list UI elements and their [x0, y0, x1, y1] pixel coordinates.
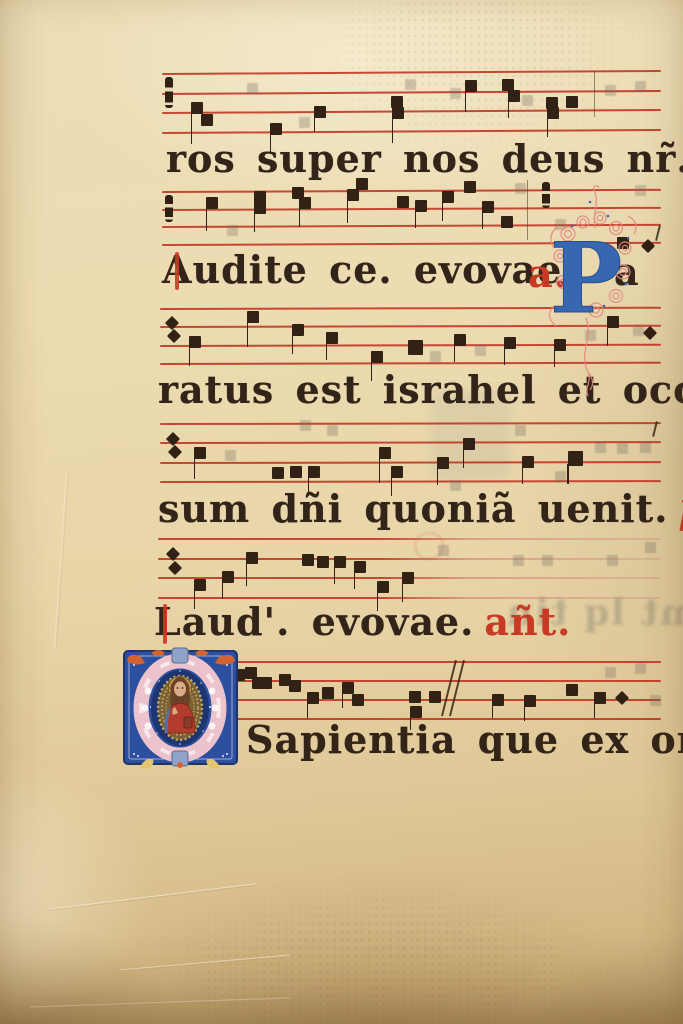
- show-through-neume: [225, 450, 236, 461]
- initial-letter-P: P: [550, 222, 622, 335]
- neume-square: [354, 561, 366, 573]
- neume-square: [222, 571, 234, 583]
- ruling-hairline: [527, 180, 528, 240]
- chant-text-line-5: Laud'. evovae.añt.: [154, 596, 571, 648]
- neume-square: [566, 96, 578, 108]
- neume-square: [189, 336, 201, 348]
- show-through-neume: [640, 442, 651, 453]
- neume-square: [482, 201, 494, 213]
- neume-square: [201, 114, 213, 126]
- neume-square: [568, 451, 583, 466]
- neume-tail: [442, 201, 444, 221]
- show-through-neume: [475, 345, 486, 356]
- show-through-neume: [605, 667, 616, 678]
- illuminated-initial-P: P: [538, 186, 646, 398]
- show-through-neume: [645, 542, 656, 553]
- neume-square: [437, 457, 449, 469]
- top-clasp: [172, 648, 188, 663]
- neume-square: [402, 572, 414, 584]
- staff-6-line: [233, 661, 661, 663]
- neume-square: [391, 466, 403, 478]
- neume-tail: [292, 334, 294, 354]
- neume-square: [371, 351, 383, 363]
- parchment-crease: [120, 955, 290, 972]
- neume-square: [442, 191, 454, 203]
- face: [174, 682, 186, 697]
- rubric-psalm-mark: ps.: [678, 483, 683, 532]
- neume-tail: [194, 457, 196, 479]
- neume-square: [334, 556, 346, 568]
- f-clef-diamond: [168, 445, 182, 459]
- f-clef-diamond: [167, 329, 181, 343]
- c-clef: [165, 77, 173, 108]
- neume-tail: [415, 210, 417, 228]
- show-through-neume: [635, 81, 646, 92]
- neume-square: [307, 692, 319, 704]
- staff-1-line: [162, 70, 661, 75]
- show-through-neume: [650, 695, 661, 706]
- ruling-hairline: [594, 71, 595, 117]
- neume-square: [314, 106, 326, 118]
- neume-tail: [326, 342, 328, 360]
- neume-tail: [189, 346, 191, 366]
- neume-tail: [508, 100, 510, 118]
- parchment-follicle-texture-bottom: [170, 880, 640, 1024]
- staff-4-line: [160, 461, 661, 464]
- neume-tail: [463, 448, 465, 468]
- neume-tail: [379, 457, 381, 483]
- show-through-neume: [327, 425, 338, 436]
- neume-square: [504, 337, 516, 349]
- neume-square: [317, 556, 329, 568]
- neume-square: [290, 466, 302, 478]
- neume-square: [272, 467, 284, 479]
- neume-square: [594, 692, 606, 704]
- neume-square: [206, 197, 218, 209]
- neume-tail: [254, 212, 256, 232]
- neume-tail: [465, 90, 467, 112]
- pen-slash: [449, 660, 465, 717]
- neume-square: [415, 200, 427, 212]
- neume-square: [392, 107, 404, 119]
- pen-slash: [441, 660, 457, 717]
- show-through-neume: [438, 545, 449, 556]
- show-through-neume: [450, 88, 461, 99]
- neume-square: [352, 694, 364, 706]
- lyric-text: sum dñi quoniã uenit.: [158, 486, 668, 531]
- neume-square: [522, 456, 534, 468]
- neume-tail: [206, 207, 208, 231]
- chant-text-line-4: sum dñi quoniã uenit.ps.: [158, 482, 683, 535]
- neume-square: [454, 334, 466, 346]
- neume-tail: [567, 464, 569, 484]
- neume-tail: [334, 566, 336, 584]
- neume-tail: [347, 199, 349, 223]
- show-through-neume: [595, 442, 606, 453]
- neume-square: [194, 579, 206, 591]
- neume-square: [342, 682, 354, 694]
- neume-square: [292, 324, 304, 336]
- parchment-crease: [30, 997, 290, 1008]
- neume-square: [397, 196, 409, 208]
- staff-5-line: [158, 538, 661, 540]
- neume-tail: [314, 116, 316, 132]
- c-clef: [165, 195, 173, 222]
- neume-tail: [246, 562, 248, 586]
- lyric-text: Sapientia que ex ore: [246, 717, 683, 762]
- lyric-text: Laud'. evovae.: [154, 599, 474, 644]
- parchment-crease: [49, 883, 258, 911]
- pen-slash: [655, 225, 660, 241]
- lyric-text: Audite ce. evovae.: [162, 247, 577, 292]
- neume-square: [326, 332, 338, 344]
- neume-square: [302, 554, 314, 566]
- show-through-neume: [300, 420, 311, 431]
- neume-square: [260, 677, 272, 689]
- neume-square: [492, 694, 504, 706]
- staff-4-line: [160, 442, 661, 445]
- show-through-neume: [542, 555, 553, 566]
- neume-square: [566, 684, 578, 696]
- show-through-neume: [522, 95, 533, 106]
- red-stripe-on-A: [175, 252, 179, 290]
- manuscript-page: mt lq tin ros super nos deus nr̃.ps. Aud…: [0, 0, 683, 1024]
- show-through-neume: [430, 351, 441, 362]
- neume-square: [501, 216, 513, 228]
- show-through-neume: [513, 555, 524, 566]
- neume-square: [463, 438, 475, 450]
- neume-square: [379, 447, 391, 459]
- neume-square: [409, 691, 421, 703]
- f-clef-diamond: [165, 316, 179, 330]
- neume-tail: [454, 344, 456, 362]
- show-through-neume: [299, 117, 310, 128]
- show-through-neume: [405, 79, 416, 90]
- neume-square: [246, 552, 258, 564]
- f-clef-diamond: [168, 561, 182, 575]
- book: [184, 717, 192, 728]
- neume-tail: [299, 207, 301, 227]
- custos-diamond: [615, 691, 629, 705]
- neume-tail: [482, 211, 484, 229]
- neume-square: [524, 695, 536, 707]
- neume-square: [377, 581, 389, 593]
- chant-text-line-1: ros super nos deus nr̃.ps.: [166, 132, 683, 185]
- staff-1-line: [162, 109, 661, 114]
- neume-tail: [342, 692, 344, 708]
- chant-text-line-6: Sapientia que ex ore: [246, 714, 683, 766]
- neume-square: [247, 311, 259, 323]
- staff-5-line: [158, 558, 661, 560]
- red-stripe-on-L: [163, 604, 167, 644]
- lyric-text: ros super nos deus nr̃.: [166, 136, 683, 181]
- rubric-antiphon-label: añt.: [484, 599, 571, 644]
- show-through-neume: [247, 83, 258, 94]
- show-through-neume: [515, 425, 526, 436]
- neume-square: [254, 202, 266, 214]
- historiated-initial-O: [121, 647, 241, 771]
- show-through-neume: [227, 225, 238, 236]
- neume-square: [508, 90, 520, 102]
- neume-square: [408, 340, 423, 355]
- neume-square: [191, 102, 203, 114]
- neume-square: [308, 466, 320, 478]
- neume-square: [194, 447, 206, 459]
- neume-tail: [504, 347, 506, 365]
- neume-square: [465, 80, 477, 92]
- bottom-clasp-boss: [177, 762, 183, 768]
- staff-1-line: [162, 90, 661, 95]
- parchment-crease: [54, 470, 70, 650]
- neume-square: [429, 691, 441, 703]
- neume-square: [322, 687, 334, 699]
- show-through-neume: [607, 555, 618, 566]
- neume-square: [289, 680, 301, 692]
- staff-4-line: [160, 422, 661, 425]
- neume-tail: [247, 321, 249, 347]
- neume-square: [299, 197, 311, 209]
- show-through-neume: [635, 663, 646, 674]
- show-through-neume: [605, 85, 616, 96]
- show-through-neume: [617, 443, 628, 454]
- neume-tail: [354, 571, 356, 589]
- neume-square: [347, 189, 359, 201]
- show-through-neume: [555, 471, 566, 482]
- neume-square: [547, 107, 559, 119]
- chant-text-line-2: Audite ce. evovae.: [162, 244, 577, 296]
